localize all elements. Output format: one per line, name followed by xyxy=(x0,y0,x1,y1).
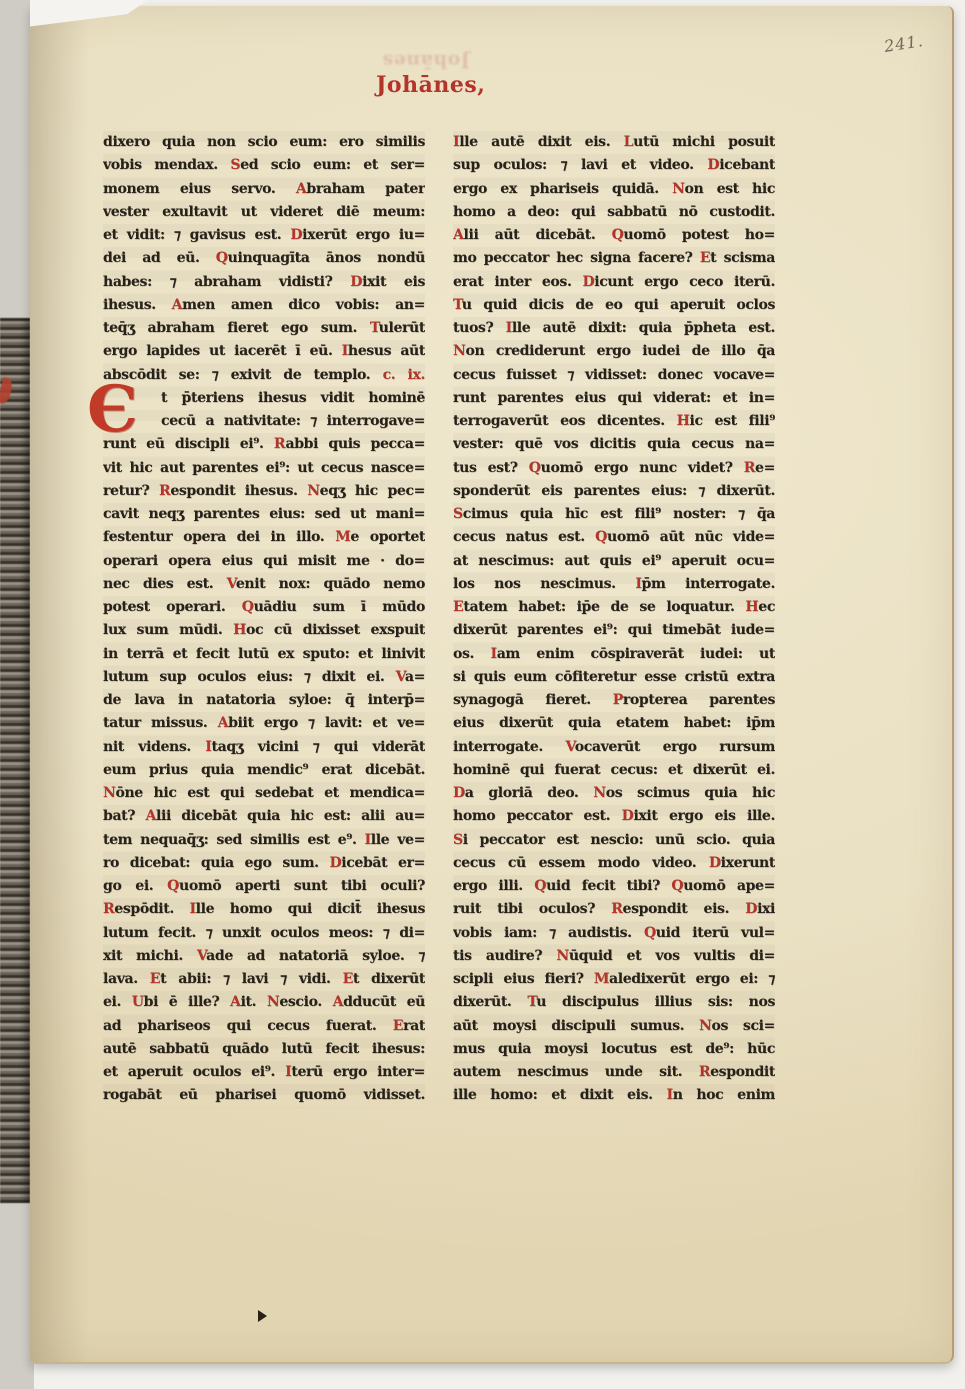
rubricated-text: V xyxy=(197,948,206,964)
text-line: monem eius servo. Abraham pater xyxy=(103,178,425,201)
text-line: sponderūt eis parentes eius: ⁊ dixerūt. xyxy=(453,480,775,503)
rubricated-text: M xyxy=(594,971,609,987)
text-line: ei. Ubi ē ille? Ait. Nescio. Adducūt eū xyxy=(103,991,425,1014)
rubricated-text: T xyxy=(370,320,379,336)
text-line: habes: ⁊ abraham vidisti? Dixit eis xyxy=(103,271,425,294)
text-line: Respōdit. Ille homo qui dicit̄ ihesus xyxy=(103,898,425,921)
text-line: dixero quia non scio eum: ero similis xyxy=(103,131,425,154)
text-line: Etatem habet: ip̄e de se loquatur. Hec xyxy=(453,596,775,619)
text-line: ruit tibi oculos? Respondit eis. Dixi xyxy=(453,898,775,921)
text-line: si quis eum cōfiteretur esse cristū extr… xyxy=(453,666,775,689)
book-edge-strip xyxy=(0,0,34,1389)
text-line: autē sabbatū quādo lutū fecit ihesus: xyxy=(103,1038,425,1061)
running-title-ghost: Johānes xyxy=(382,50,470,72)
text-line: de lava in natatoria syloe: q̄ interp̄= xyxy=(103,689,425,712)
text-line: vit hic aut parentes ei⁹: ut cecus nasce… xyxy=(103,457,425,480)
text-line: at nescimus: aut quis ei⁹ aperuit ocu= xyxy=(453,550,775,573)
rubricated-text: I xyxy=(205,739,211,755)
rubricated-text: N xyxy=(699,1018,711,1034)
rubricated-text: c. ix. xyxy=(383,367,425,383)
text-line: go ei. Quomō aperti sunt tibi oculi? xyxy=(103,875,425,898)
text-line: lutum fecit. ⁊ unxit oculos meos: ⁊ di= xyxy=(103,922,425,945)
rubricated-text: Q xyxy=(216,250,228,266)
rubricated-text: A xyxy=(296,181,307,197)
text-line: et aperuit oculos ei⁹. Iterū ergo inter= xyxy=(103,1061,425,1084)
rubricated-text: E xyxy=(700,250,710,266)
rubricated-text: S xyxy=(453,506,463,522)
text-line: ro dicebat: quia ego sum. Dicebāt er= xyxy=(103,852,425,875)
rubricated-text: I xyxy=(285,1064,291,1080)
text-line: los nos nescimus. Ip̄m interrogate. xyxy=(453,573,775,596)
text-line: runt parentes eius qui viderat: et in= xyxy=(453,387,775,410)
rubricated-text: R xyxy=(159,483,170,499)
text-line: vobis iam: ⁊ audistis. Quid iterū vul= xyxy=(453,922,775,945)
text-line: vobis mendax. Sed scio eum: et ser= xyxy=(103,154,425,177)
rubricated-text: Q xyxy=(671,878,683,894)
text-line: vester exultavit ut videret diē meum: xyxy=(103,201,425,224)
text-line: teq̄ʒ abraham fieret ego sum. Tulerūt xyxy=(103,317,425,340)
rubricated-text: A xyxy=(218,715,229,731)
rubricated-text: N xyxy=(593,785,605,801)
rubricated-text: H xyxy=(677,413,690,429)
text-line: homo peccator est. Dixit ergo eis ille. xyxy=(453,805,775,828)
text-line: rogabāt eū pharisei quomō vidisset. xyxy=(103,1084,425,1107)
text-line: retur? Respondit ihesus. Neqʒ hic pec= xyxy=(103,480,425,503)
text-line: tus est? Quomō ergo nunc videt? Re= xyxy=(453,457,775,480)
rubricated-text: D xyxy=(622,808,634,824)
rubricated-text: M xyxy=(335,529,350,545)
text-line: tem nequaq̄ʒ: sed similis est e⁹. Ille v… xyxy=(103,829,425,852)
text-line: cavit neqʒ parentes eius: sed ut mani= xyxy=(103,503,425,526)
rubricated-text: A xyxy=(230,994,241,1010)
text-line: synagogā fieret. Propterea parentes xyxy=(453,689,775,712)
text-line: terrogaverūt eos dicentes. Hic est fili⁹ xyxy=(453,410,775,433)
text-line: ergo illi. Quid fecit tibi? Quomō ape= xyxy=(453,875,775,898)
rubricated-text: T xyxy=(453,297,462,313)
rubricated-text: A xyxy=(146,808,157,824)
text-line: mo peccator hec signa facere? Et scisma xyxy=(453,247,775,270)
rubricated-text: V xyxy=(227,576,236,592)
rubricated-text: D xyxy=(453,785,465,801)
rubricated-text: D xyxy=(290,227,302,243)
text-line: runt eū discipli ei⁹. Rabbi quis pecca= xyxy=(103,433,425,456)
text-line: lux sum mūdi. Hoc cū dixisset exspuit xyxy=(103,619,425,642)
rubricated-text: H xyxy=(233,622,246,638)
rubricated-text: R xyxy=(611,901,622,917)
facing-page-text-edge xyxy=(0,318,30,1203)
text-line: lava. Et abii: ⁊ lavi ⁊ vidi. Et dixerūt xyxy=(103,968,425,991)
rubricated-text: Q xyxy=(534,878,546,894)
text-line: abscōdit se: ⁊ exivit de templo. c. ix. xyxy=(103,364,425,387)
drop-cap-initial: Є xyxy=(87,383,138,437)
rubricated-text: Q xyxy=(644,925,656,941)
rubricated-text: R xyxy=(274,436,286,452)
rubricated-text: D xyxy=(329,855,341,871)
rubricated-text: E xyxy=(393,1018,403,1034)
text-line: Non crediderunt ergo iudei de illo q̄a xyxy=(453,340,775,363)
text-line: nit videns. Itaqʒ vicini ⁊ qui viderāt xyxy=(103,736,425,759)
rubricated-text: S xyxy=(453,832,463,848)
rubricated-text: Q xyxy=(529,460,541,476)
text-column-right: Ille autē dixit eis. Lutū michi posuitsu… xyxy=(453,131,775,1108)
text-line: ille homo: et dixit eis. In hoc enim xyxy=(453,1084,775,1107)
ink-blot-mark xyxy=(258,1310,267,1322)
rubricated-text: D xyxy=(709,855,721,871)
rubricated-text: L xyxy=(624,134,634,150)
rubricated-text: Q xyxy=(167,878,179,894)
rubricated-text: T xyxy=(527,994,536,1010)
rubricated-text: R xyxy=(744,460,755,476)
text-line: cecus natus est. Quomō aūt nūc vide= xyxy=(453,526,775,549)
text-line: operari opera eius qui misit me · do= xyxy=(103,550,425,573)
text-line: homo a deo: qui sabbatū nō custodit. xyxy=(453,201,775,224)
running-title: Johānes, xyxy=(376,72,485,98)
rubricated-text: D xyxy=(707,157,719,173)
rubricated-text: A xyxy=(333,994,344,1010)
rubricated-text: V xyxy=(566,739,575,755)
rubricated-text: R xyxy=(699,1064,710,1080)
text-line: interrogate. Vocaverūt ergo rursum xyxy=(453,736,775,759)
text-line: festentur opera dei in illo. Me oportet xyxy=(103,526,425,549)
text-line: potest operari. Quādiu sum ī mūdo xyxy=(103,596,425,619)
text-line: Da gloriā deo. Nos scimus quia hic xyxy=(453,782,775,805)
text-line: lutum sup oculos eius: ⁊ dixit ei. Va= xyxy=(103,666,425,689)
text-line: tatur missus. Abiit ergo ⁊ lavit: et ve= xyxy=(103,712,425,735)
rubricated-text: Q xyxy=(612,227,624,243)
text-line: cecus cū essem modo video. Dixerunt xyxy=(453,852,775,875)
text-line: t p̄teriens ihesus vidit hominē xyxy=(103,387,425,410)
text-line: ergo lapides ut iacerēt ī eū. Ihesus aūt xyxy=(103,340,425,363)
text-line: Tu quid dicis de eo qui aperuit oclos xyxy=(453,294,775,317)
rubricated-text: Q xyxy=(242,599,254,615)
text-line: ihesus. Amen amen dico vobis: an= xyxy=(103,294,425,317)
text-line: sup oculos: ⁊ lavi et video. Dicebant xyxy=(453,154,775,177)
book-scan: { "page": { "folio_number": "241.", "hea… xyxy=(0,0,965,1389)
text-line: mus quia moysi locutus est de⁹: hūc xyxy=(453,1038,775,1061)
text-line: cecus fuisset ⁊ vidisset: donec vocave= xyxy=(453,364,775,387)
rubricated-text: I xyxy=(635,576,641,592)
rubricated-text: N xyxy=(267,994,279,1010)
text-line: os. Iam enim cōspiraverāt iudei: ut xyxy=(453,643,775,666)
text-line: xit michi. Vade ad natatoriā syloe. ⁊ xyxy=(103,945,425,968)
rubricated-text: H xyxy=(745,599,758,615)
rubricated-text: E xyxy=(453,599,463,615)
text-line: in terrā et fecit lutū ex sputo: et lini… xyxy=(103,643,425,666)
rubricated-text: I xyxy=(453,134,459,150)
text-line: dixerūt parentes ei⁹: qui timebāt iude= xyxy=(453,619,775,642)
rubricated-text: I xyxy=(365,832,371,848)
rubricated-text: I xyxy=(342,343,348,359)
text-line: Ille autē dixit eis. Lutū michi posuit xyxy=(453,131,775,154)
rubricated-text: D xyxy=(745,901,757,917)
rubricated-text: S xyxy=(230,157,240,173)
text-line: erat inter eos. Dicunt ergo ceco iterū. xyxy=(453,271,775,294)
text-line: eius dixerūt quia etatem habet: ip̄m xyxy=(453,712,775,735)
rubricated-text: A xyxy=(453,227,464,243)
text-line: dei ad eū. Quinquagīta ānos nondū xyxy=(103,247,425,270)
text-line: aūt moysi discipuli sumus. Nos sci= xyxy=(453,1015,775,1038)
rubricated-text: I xyxy=(189,901,195,917)
text-line: et vidit: ⁊ gavisus est. Dixerūt ergo iu… xyxy=(103,224,425,247)
text-line: dixerūt. Tu discipulus illius sis: nos xyxy=(453,991,775,1014)
text-line: nec dies est. Venit nox: quādo nemo xyxy=(103,573,425,596)
rubricated-text: I xyxy=(490,646,496,662)
text-line: Si peccator est nescio: unū scio. quia xyxy=(453,829,775,852)
text-line: bat? Alii dicebāt quia hic est: alii au= xyxy=(103,805,425,828)
rubricated-text: U xyxy=(132,994,144,1010)
rubricated-text: D xyxy=(582,274,594,290)
rubricated-text: N xyxy=(453,343,465,359)
rubricated-text: D xyxy=(350,274,362,290)
rubricated-text: P xyxy=(613,692,623,708)
text-line: ad phariseos qui cecus fuerat. Erat xyxy=(103,1015,425,1038)
text-line: autem nescimus unde sit. Respondit xyxy=(453,1061,775,1084)
text-line: tuos? Ille autē dixit: quia p̄pheta est. xyxy=(453,317,775,340)
rubricated-text: N xyxy=(307,483,319,499)
text-line: cecū a nativitate: ⁊ interrogave= xyxy=(103,410,425,433)
rubricated-text: V xyxy=(396,669,405,685)
text-line: ergo ex phariseis quidā. Non est hic xyxy=(453,178,775,201)
rubricated-text: E xyxy=(343,971,353,987)
text-line: Scimus quia hīc est fili⁹ noster: ⁊ q̄a xyxy=(453,503,775,526)
rubricated-text: N xyxy=(672,181,684,197)
rubricated-text: R xyxy=(103,901,114,917)
text-line: hominē qui fuerat cecus: et dixerūt ei. xyxy=(453,759,775,782)
text-line: eum prius quia mendic⁹ erat dicebāt. xyxy=(103,759,425,782)
text-line: scipli eius fieri? Maledixerūt ergo ei: … xyxy=(453,968,775,991)
rubricated-text: Q xyxy=(595,529,607,545)
rubricated-text: I xyxy=(666,1087,672,1103)
rubricated-text: N xyxy=(103,785,115,801)
rubricated-text: N xyxy=(556,948,568,964)
text-line: tis audire? Nūquid et vos vultis di= xyxy=(453,945,775,968)
text-line: Nōne hic est qui sedebat et mendica= xyxy=(103,782,425,805)
text-line: vester: quē vos dicitis quia cecus na= xyxy=(453,433,775,456)
rubricated-text: A xyxy=(172,297,183,313)
text-line: Alii aūt dicebāt. Quomō potest ho= xyxy=(453,224,775,247)
rubricated-text: I xyxy=(506,320,512,336)
rubricated-text: E xyxy=(150,971,160,987)
text-column-left: Є dixero quia non scio eum: ero similisv… xyxy=(103,131,425,1108)
